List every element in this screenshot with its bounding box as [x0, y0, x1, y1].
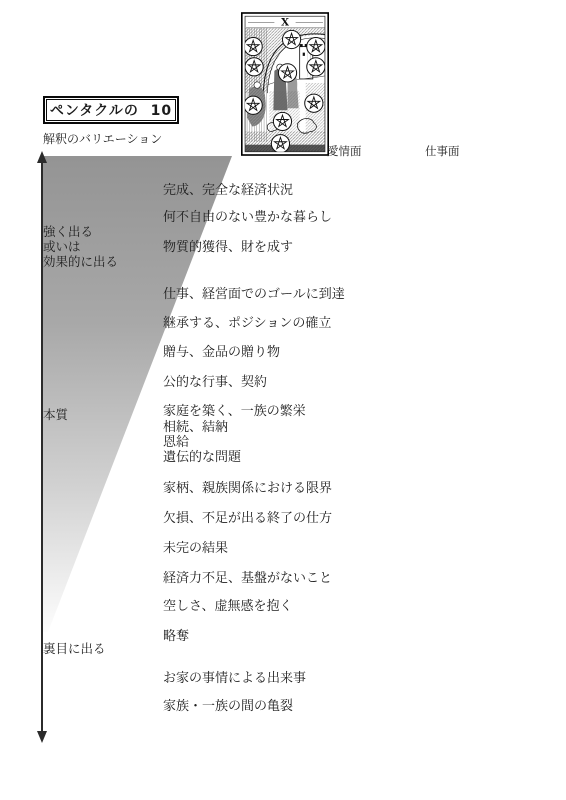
axis-label: 強く出る或いは効果的に出る: [43, 224, 118, 269]
interpretation-item: 物質的獲得、財を成す: [163, 241, 293, 255]
page-title: ペンタクルの 10: [46, 99, 176, 121]
interpretation-item: 恩給: [163, 436, 189, 450]
interpretation-item: 家柄、親族関係における限界: [163, 482, 332, 496]
axis-label: 本質: [43, 407, 68, 422]
interpretation-item: 空しさ、虚無感を抱く: [163, 600, 292, 614]
interpretation-item: 完成、完全な経済状況: [163, 184, 293, 198]
interpretation-item: 遺伝的な問題: [163, 451, 241, 465]
interpretation-item: 略奪: [163, 630, 189, 644]
interpretation-item: 家庭を築く、一族の繁栄: [163, 405, 306, 419]
arrow-down-icon: [37, 731, 47, 743]
interpretation-item: お家の事情による出来事: [163, 672, 306, 686]
interpretation-item: 未完の結果: [163, 542, 228, 556]
axis-label: 裏目に出る: [43, 641, 106, 656]
interpretation-item: 何不自由のない豊かな暮らし: [163, 211, 332, 225]
axis-label-line: 強く出る: [43, 224, 118, 239]
interpretation-item: 継承する、ポジションの確立: [163, 317, 331, 331]
interpretation-item: 家族・一族の間の亀裂: [163, 700, 293, 714]
document-page: X: [0, 0, 566, 800]
axis-label-line: 或いは: [43, 239, 118, 254]
column-header-love: 愛情面: [327, 143, 362, 159]
axis-label-line: 本質: [43, 407, 68, 422]
tarot-card-ten-of-pentacles: X: [241, 12, 329, 156]
card-numeral: X: [281, 17, 289, 28]
interpretation-item: 贈与、金品の贈り物: [163, 346, 280, 360]
interpretation-item: 欠損、不足が出る終了の仕方: [163, 512, 332, 526]
subtitle: 解釈のバリエーション: [43, 130, 162, 147]
column-header-work: 仕事面: [425, 143, 460, 159]
interpretation-item: 公的な行事、契約: [163, 376, 267, 390]
axis-label-line: 効果的に出る: [43, 254, 118, 269]
axis-label-line: 裏目に出る: [43, 641, 106, 656]
arrow-up-icon: [37, 151, 47, 163]
card-title-box: ペンタクルの 10: [43, 96, 179, 124]
interpretation-item: 経済力不足、基盤がないこと: [163, 572, 332, 586]
interpretation-item: 仕事、経営面でのゴールに到達: [163, 288, 345, 302]
interpretation-item: 相続、結納: [163, 421, 228, 435]
